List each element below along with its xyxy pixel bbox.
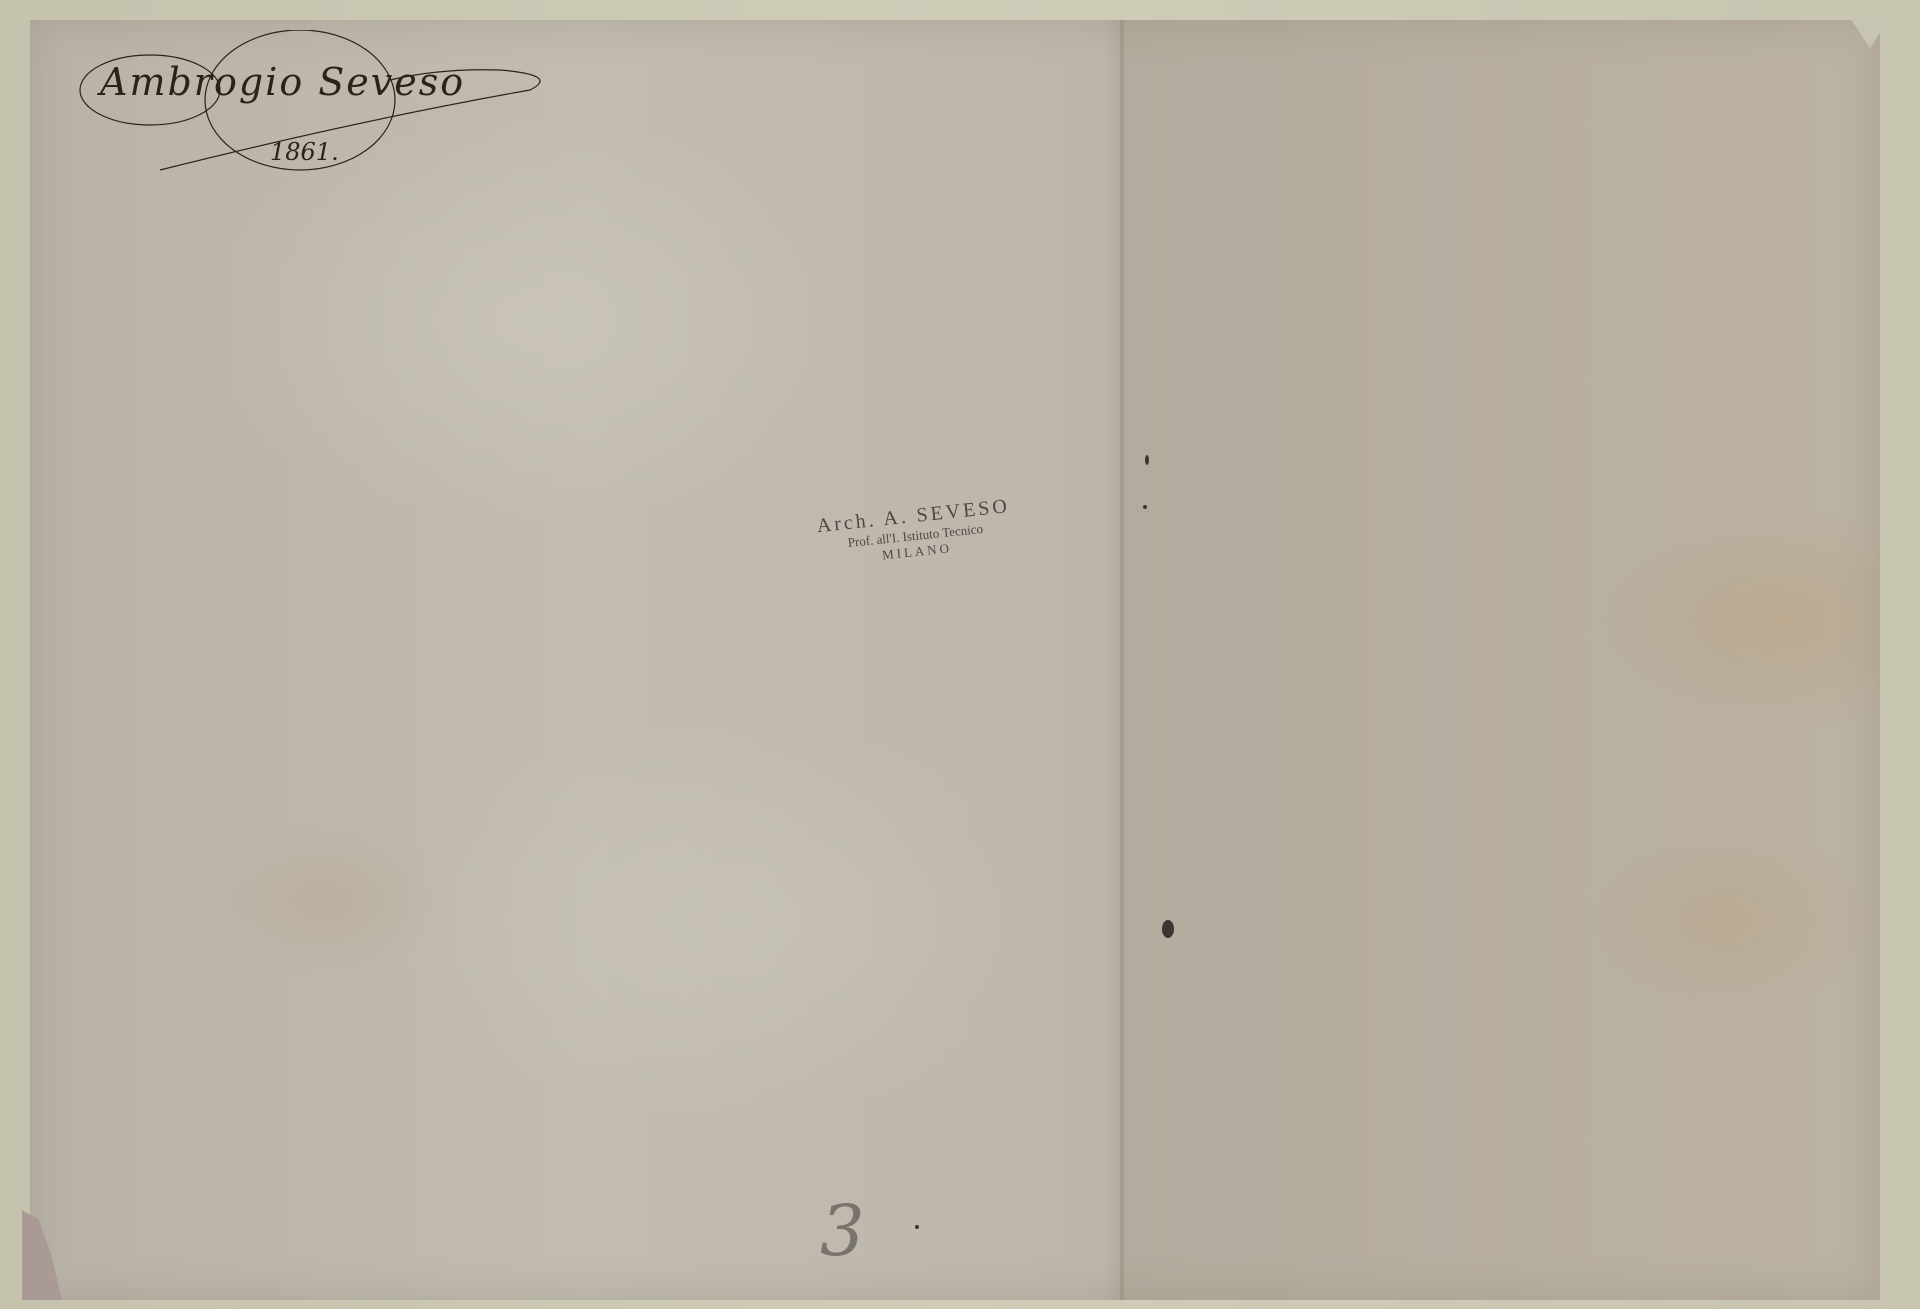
- signature-name: Ambrogio Seveso: [100, 60, 465, 104]
- ink-spot: [1143, 505, 1147, 509]
- fold-line: [1120, 20, 1124, 1300]
- handwritten-signature: Ambrogio Seveso 1861.: [60, 30, 560, 190]
- flourish-icon: [60, 30, 560, 190]
- ink-spot: [1162, 920, 1174, 938]
- pencil-number: 3: [820, 1190, 865, 1272]
- signature-year: 1861.: [270, 138, 339, 166]
- ink-spot: [1145, 455, 1149, 465]
- paper-sheet: [30, 20, 1880, 1300]
- ink-spot: [915, 1225, 919, 1229]
